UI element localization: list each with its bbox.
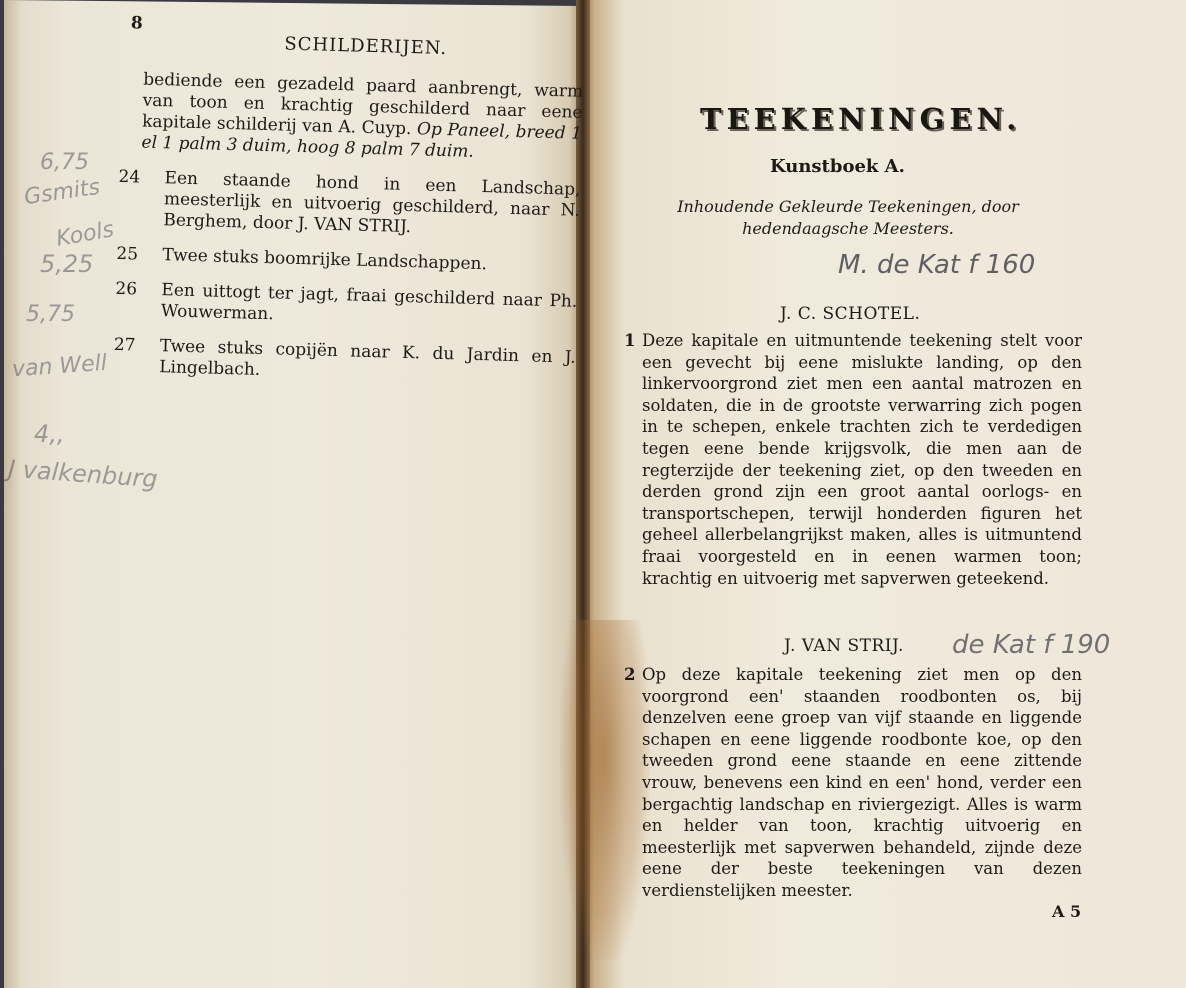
- book-spread: 8 SCHILDERIJEN. bediende een gezadeld pa…: [0, 0, 1186, 988]
- left-page-body: bediende een gezadeld paard aanbrengt, w…: [135, 70, 583, 390]
- artist-heading: J. VAN STRIJ.: [784, 636, 904, 656]
- catalog-entry: 26Een uittogt ter jagt, fraai geschilder…: [137, 279, 578, 333]
- catalog-entry: 25Twee stuks boomrijke Landschappen.: [138, 245, 578, 278]
- artist-heading: J. C. SCHOTEL.: [780, 304, 920, 324]
- section-title: TEEKENINGEN.: [700, 102, 1021, 136]
- section-subtitle: Kunstboek A.: [770, 156, 905, 177]
- handwritten-note: 6,75: [40, 150, 89, 175]
- catalog-entry: 27Twee stuks copijën naar K. du Jardin e…: [135, 335, 576, 389]
- section-description: Inhoudende Gekleurde Teekeningen, door h…: [658, 196, 1038, 240]
- handwritten-note: M. de Kat f 160: [838, 250, 1035, 280]
- catalog-entry: 2 Op deze kapitale teekening ziet men op…: [642, 664, 1082, 902]
- left-page-content: 8 SCHILDERIJEN. bediende een gezadeld pa…: [0, 0, 595, 988]
- handwritten-note: 4,,: [34, 420, 65, 448]
- continuation-text: bediende een gezadeld paard aanbrengt, w…: [141, 70, 583, 166]
- signature-mark: A 5: [1052, 902, 1081, 921]
- catalog-entry: 24Een staande hond in een Landschap, mee…: [139, 168, 581, 243]
- handwritten-note: 5,75: [26, 302, 75, 327]
- handwritten-note: de Kat f 190: [952, 630, 1110, 660]
- right-page-content: TEEKENINGEN. Kunstboek A. Inhoudende Gek…: [612, 0, 1186, 988]
- catalog-entry: 1 Deze kapitale en uitmuntende teekening…: [642, 330, 1082, 589]
- page-number: 8: [131, 13, 143, 33]
- running-head: SCHILDERIJEN.: [284, 34, 447, 60]
- handwritten-note: 5,25: [40, 250, 93, 278]
